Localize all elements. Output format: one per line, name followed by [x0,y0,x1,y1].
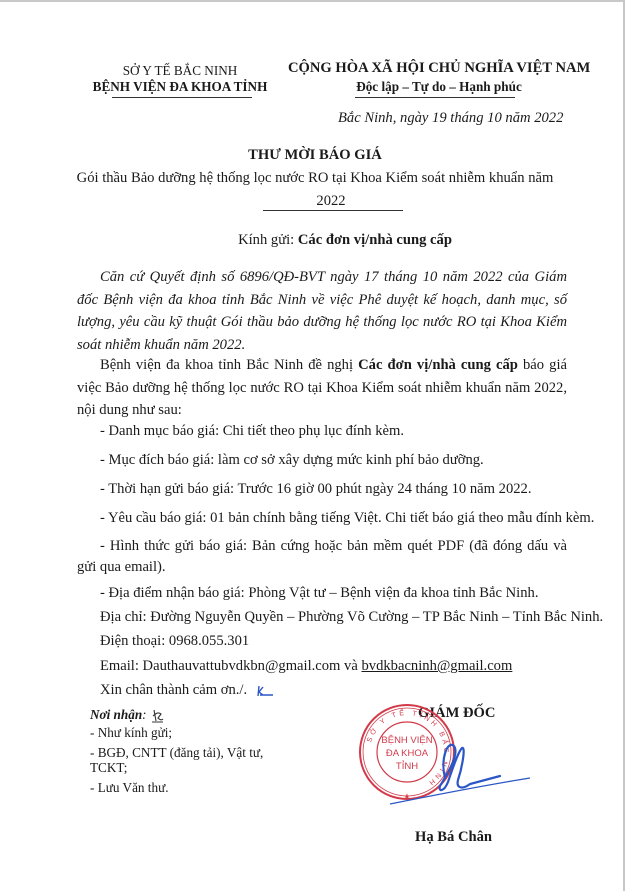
closing-line: Xin chân thành cảm ơn./. [100,682,275,699]
email-line: Email: Dauthauvattubvdkbn@gmail.com và b… [100,658,512,675]
item-submission-method: - Hình thức gửi báo giá: Bản cứng hoặc b… [77,536,567,578]
basis-paragraph: Căn cứ Quyết định số 6896/QĐ-BVT ngày 17… [77,266,567,356]
request-paragraph: Bệnh viện đa khoa tỉnh Bắc Ninh đề nghị … [77,354,567,422]
recipient-item: - BGĐ, CNTT (đăng tải), Vật tư, [90,745,263,761]
item-purpose: - Mục đích báo giá: làm cơ sở xây dựng m… [100,452,484,469]
motto-underline [355,97,515,98]
document-subtitle-line1: Gói thầu Bảo dưỡng hệ thống lọc nước RO … [0,170,630,187]
recipient-item: - Như kính gửi; [90,725,172,741]
greeting-label: Kính gửi: [238,232,298,248]
greeting-recipient: Các đơn vị/nhà cung cấp [298,232,452,248]
item-requirement: - Yêu cầu báo giá: 01 bản chính bằng tiế… [100,510,594,527]
place-date: Bắc Ninh, ngày 19 tháng 10 năm 2022 [338,110,563,127]
signer-name: Hạ Bá Chân [415,829,492,846]
department-name: SỞ Y TẾ BẮC NINH [85,63,275,79]
recipient-item: TCKT; [90,760,127,776]
organization-name: BỆNH VIỆN ĐA KHOA TỈNH [80,79,280,95]
phone: Điện thoại: 0968.055.301 [100,633,249,650]
email-prefix: Email: Dauthauvattubvdkbn@gmail.com và [100,658,361,674]
address: Địa chỉ: Đường Nguyễn Quyền – Phường Võ … [100,609,603,626]
title-underline [263,210,403,211]
greeting: Kính gửi: Các đơn vị/nhà cung cấp [0,232,630,249]
request-recipient: Các đơn vị/nhà cung cấp [358,357,518,373]
item-submission-text: - Hình thức gửi báo giá: Bản cứng hoặc b… [77,538,567,575]
document-subtitle-line2: 2022 [0,193,630,210]
recipient-item: - Lưu Văn thư. [90,780,169,796]
request-prefix: Bệnh viện đa khoa tỉnh Bắc Ninh đề nghị [100,357,358,373]
initial-mark-icon [150,708,164,724]
national-title: CỘNG HÒA XÃ HỘI CHỦ NGHĨA VIỆT NAM [288,60,590,77]
signature-icon [380,738,540,808]
email-link[interactable]: bvdkbacninh@gmail.com [361,658,512,674]
document-title: THƯ MỜI BÁO GIÁ [0,147,630,164]
item-location: - Địa điểm nhận báo giá: Phòng Vật tư – … [100,585,538,602]
closing-text: Xin chân thành cảm ơn./. [100,682,247,698]
initial-mark-icon [255,684,275,698]
recipients-heading: Nơi nhận: [90,707,164,724]
item-deadline: - Thời hạn gửi báo giá: Trước 16 giờ 00 … [100,481,531,498]
organization-underline [112,97,252,98]
recipients-label: Nơi nhận [90,707,142,722]
basis-text: Căn cứ Quyết định số 6896/QĐ-BVT ngày 17… [77,269,567,353]
item-catalog: - Danh mục báo giá: Chi tiết theo phụ lụ… [100,423,404,440]
national-motto: Độc lập – Tự do – Hạnh phúc [288,79,590,95]
